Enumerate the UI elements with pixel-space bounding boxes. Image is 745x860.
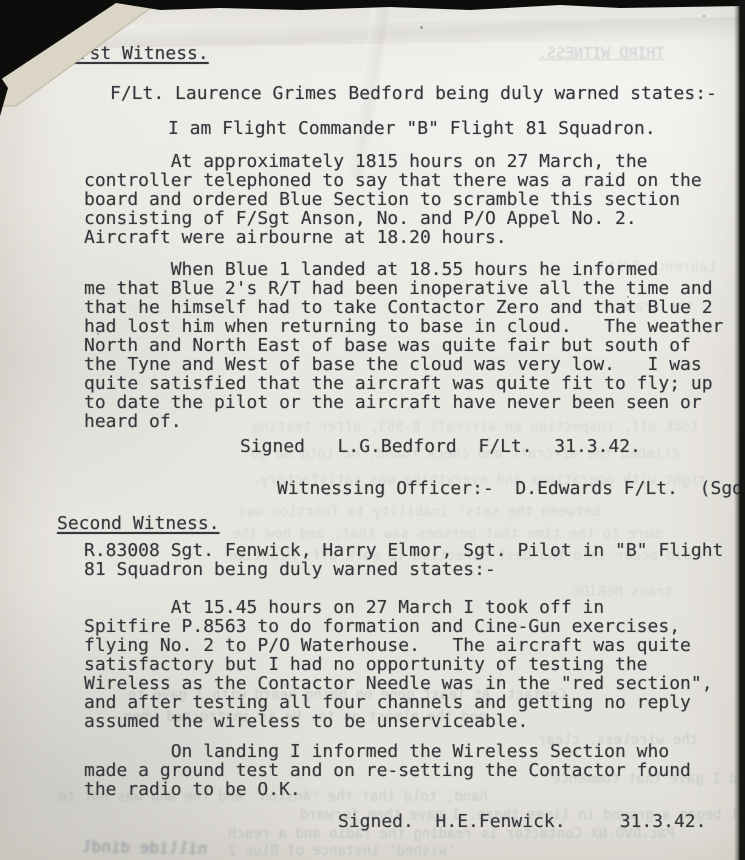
page-right-edge — [734, 0, 745, 860]
ink-smudge: nillide dindl — [82, 837, 208, 858]
bleedthrough-text: between the sets' inability to function … — [238, 505, 600, 520]
bleedthrough-text: 'wished' instance of Blue 2 — [228, 844, 456, 859]
torn-corner — [0, 0, 745, 120]
scramble-paragraph: At approximately 1815 hours on 27 March,… — [84, 152, 702, 247]
document-page: THIRD WITNESS. Laurence F/Lt. the crash … — [0, 0, 745, 860]
second-witness-intro: R.83008 Sgt. Fenwick, Harry Elmor, Sgt. … — [84, 541, 723, 579]
blue1-report-paragraph: When Blue 1 landed at 18.55 hours he inf… — [84, 260, 723, 431]
witnessing-officer-line: Witnessing Officer:- D.Edwards F/Lt. (Sg… — [277, 479, 743, 498]
scanned-document: THIRD WITNESS. Laurence F/Lt. the crash … — [0, 0, 745, 860]
first-signature-line: Signed L.G.Bedford F/Lt. 31.3.42. — [240, 437, 641, 456]
flight-test-paragraph: At 15.45 hours on 27 March I took off in… — [84, 598, 713, 731]
second-witness-heading: Second Witness. — [57, 514, 220, 533]
second-signature-line: Signed. H.E.Fenwick. 31.3.42. — [338, 812, 706, 831]
first-witness-identity-line: I am Flight Commander "B" Flight 81 Squa… — [168, 119, 656, 138]
landing-report-paragraph: On landing I informed the Wireless Secti… — [84, 742, 691, 799]
